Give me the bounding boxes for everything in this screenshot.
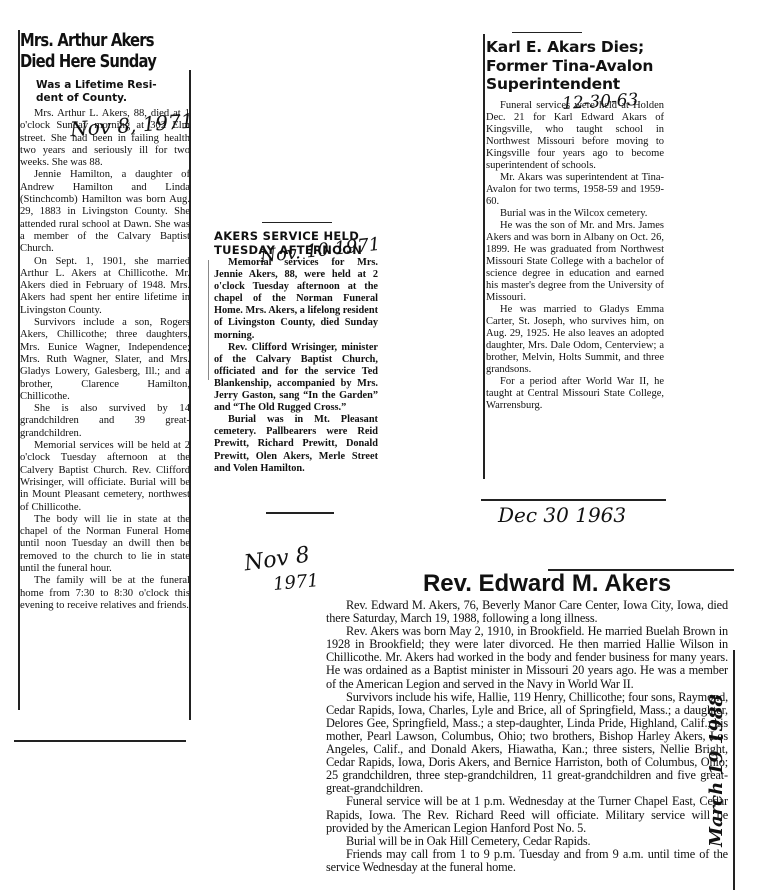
paragraph: For a period after World War II, he taug… — [486, 376, 664, 412]
paragraph: Jennie Hamilton, a daughter of Andrew Ha… — [20, 169, 190, 255]
headline-line-2: Died Here Sunday — [20, 51, 159, 72]
clipping-rev-edward-akers: Rev. Edward M. Akers Rev. Edward M. Aker… — [326, 560, 728, 874]
paragraph: Rev. Akers was born May 2, 1910, in Broo… — [326, 625, 728, 690]
article-body: Memorial services for Mrs. Jennie Akers,… — [214, 257, 378, 475]
paragraph: Survivors include a son, Rogers Akers, C… — [20, 317, 190, 403]
subhead-line-2: dent of County. — [36, 91, 190, 106]
clipping-top-rule — [548, 569, 734, 571]
clipping-bottom-rule — [14, 740, 186, 742]
paragraph: On Sept. 1, 1901, she married Arthur L. … — [20, 256, 190, 317]
clipping-right-border — [189, 70, 191, 720]
clipping-bottom-rule — [266, 512, 334, 514]
article-body: Mrs. Arthur L. Akers, 88, died at 1 o'cl… — [20, 108, 190, 612]
headline-line-2: Former Tina-Avalon — [486, 57, 664, 76]
article-body: Funeral services were held at Holden Dec… — [486, 100, 664, 412]
handwritten-date: 12-30-63 — [562, 90, 639, 114]
paragraph: Burial was in Mt. Pleasant cemetery. Pal… — [214, 414, 378, 474]
paragraph: She is also survived by 14 grandchildren… — [20, 403, 190, 440]
paragraph: Rev. Edward M. Akers, 76, Beverly Manor … — [326, 599, 728, 625]
handwritten-nov-date-line-2: 1971 — [272, 570, 319, 595]
paragraph: The family will be at the funeral home f… — [20, 575, 190, 612]
clipping-left-border — [208, 260, 209, 380]
headline-line-1: Karl E. Akars Dies; — [486, 38, 664, 57]
paragraph: Funeral service will be at 1 p.m. Wednes… — [326, 795, 728, 834]
handwritten-dec-date: Dec 30 1963 — [498, 503, 626, 527]
clipping-top-rule — [512, 32, 582, 33]
clipping-left-border — [18, 30, 20, 710]
paragraph: Mr. Akars was superintendent at Tina-Ava… — [486, 172, 664, 208]
paragraph: Burial will be in Oak Hill Cemetery, Ced… — [326, 835, 728, 848]
paragraph: He was married to Gladys Emma Carter, St… — [486, 304, 664, 376]
clipping-left-border — [483, 34, 485, 479]
article-body: Rev. Edward M. Akers, 76, Beverly Manor … — [326, 599, 728, 874]
paragraph: The body will lie in state at the chapel… — [20, 514, 190, 575]
clipping-top-rule — [262, 222, 332, 223]
headline-line-1: Mrs. Arthur Akers — [20, 30, 159, 51]
paragraph: He was the son of Mr. and Mrs. James Ake… — [486, 220, 664, 304]
paragraph: Memorial services will be held at 2 o'cl… — [20, 440, 190, 514]
paragraph: Survivors include his wife, Hallie, 119 … — [326, 691, 728, 796]
clipping-bottom-rule — [481, 499, 666, 501]
paragraph: Friends may call from 1 to 9 p.m. Tuesda… — [326, 848, 728, 874]
clipping-right-border — [733, 650, 735, 890]
paragraph: Memorial services for Mrs. Jennie Akers,… — [214, 257, 378, 342]
paragraph: Burial was in the Wilcox cemetery. — [486, 208, 664, 220]
headline: Rev. Edward M. Akers — [326, 570, 728, 598]
paragraph: Rev. Clifford Wrisinger, minister of the… — [214, 342, 378, 415]
